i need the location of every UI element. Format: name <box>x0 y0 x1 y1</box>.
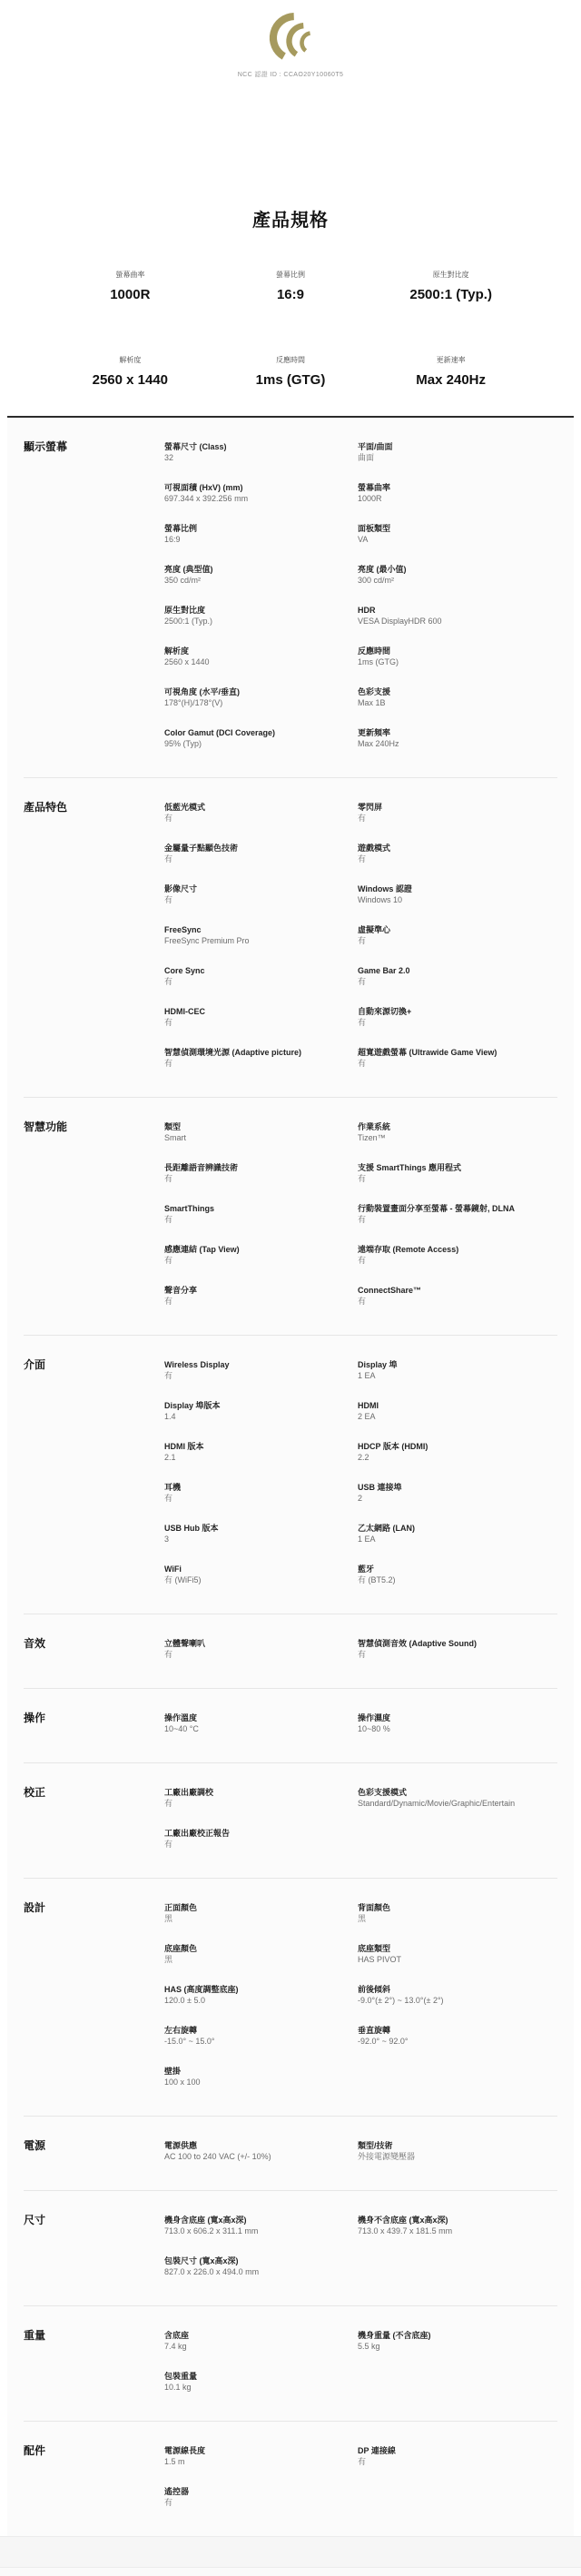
highlight-value: 2500:1 (Typ.) <box>370 287 531 302</box>
spec-value: 2 <box>358 1493 550 1504</box>
spec-value: 10~80 % <box>358 1723 550 1734</box>
spec-value: 1.4 <box>164 1411 350 1422</box>
spec-value: 178°(H)/178°(V) <box>164 697 350 708</box>
spec-label: 螢幕曲率 <box>358 482 550 493</box>
spec-cell: ConnectShare™有 <box>358 1285 557 1307</box>
spec-cell: 含底座7.4 kg <box>164 2330 358 2352</box>
spec-label: SmartThings <box>164 1203 350 1214</box>
spec-cell: SmartThings有 <box>164 1203 358 1225</box>
spec-value: VA <box>358 534 550 545</box>
spec-value: 1ms (GTG) <box>358 656 550 667</box>
spec-cell: 超寬遊戲螢幕 (Ultrawide Game View)有 <box>358 1047 557 1069</box>
highlight-item: 螢幕曲率1000R <box>50 270 211 302</box>
spec-value: Smart <box>164 1132 350 1143</box>
spec-cell: 亮度 (典型值)350 cd/m² <box>164 564 358 586</box>
spec-cell: DP 連接線有 <box>358 2445 557 2467</box>
spec-section-smart: 智慧功能類型Smart作業系統Tizen™長距離語音辨識技術有支援 SmartT… <box>7 1098 574 1335</box>
spec-cell: 正面顏色黑 <box>164 1902 358 1924</box>
spec-value: 有 <box>164 1839 350 1850</box>
spec-value: 2500:1 (Typ.) <box>164 616 350 627</box>
spec-value: 有 (WiFi5) <box>164 1574 350 1585</box>
spec-label: HDMI-CEC <box>164 1006 350 1017</box>
spec-label: 立體聲喇叭 <box>164 1638 350 1649</box>
spec-cell: 螢幕尺寸 (Class)32 <box>164 441 358 463</box>
spec-label: 工廠出廠校正報告 <box>164 1828 350 1839</box>
spec-label: 遊戲模式 <box>358 843 550 854</box>
spec-cell: 左右旋轉-15.0° ~ 15.0° <box>164 2025 358 2047</box>
spec-label: 色彩支援模式 <box>358 1787 550 1798</box>
spec-row: 解析度2560 x 1440反應時間1ms (GTG) <box>164 646 557 667</box>
spec-cell: 藍牙有 (BT5.2) <box>358 1564 557 1585</box>
spec-label: 螢幕比例 <box>164 523 350 534</box>
spec-value: 7.4 kg <box>164 2341 350 2352</box>
highlight-value: Max 240Hz <box>370 372 531 388</box>
spec-section-features: 產品特色低藍光模式有零閃屏有金屬量子點顯色技術有遊戲模式有影像尺寸有Window… <box>7 778 574 1097</box>
section-title: 尺寸 <box>24 2215 164 2296</box>
spec-cell: 機身重量 (不含底座)5.5 kg <box>358 2330 557 2352</box>
page-title: 產品規格 <box>0 205 581 232</box>
spec-value: 有 <box>164 1493 350 1504</box>
spec-label: 包裝重量 <box>164 2371 350 2382</box>
section-title: 電源 <box>24 2140 164 2181</box>
spec-row: 操作溫度10~40 °C操作濕度10~80 % <box>164 1712 557 1734</box>
spec-value: 有 <box>164 1173 350 1184</box>
spec-row: 螢幕尺寸 (Class)32平面/曲面曲面 <box>164 441 557 463</box>
spec-cell: 低藍光模式有 <box>164 802 358 824</box>
spec-value: 黑 <box>164 1954 350 1965</box>
spec-row: 正面顏色黑背面顏色黑 <box>164 1902 557 1924</box>
spec-label: 超寬遊戲螢幕 (Ultrawide Game View) <box>358 1047 550 1058</box>
section-rows: 操作溫度10~40 °C操作濕度10~80 % <box>164 1712 557 1753</box>
spec-label: Display 埠 <box>358 1359 550 1370</box>
spec-label: 原生對比度 <box>164 605 350 616</box>
spec-cell: 垂直旋轉-92.0° ~ 92.0° <box>358 2025 557 2047</box>
spec-highlights: 螢幕曲率1000R螢幕比例16:9原生對比度2500:1 (Typ.) 解析度2… <box>50 270 531 388</box>
spec-label: HDMI 版本 <box>164 1441 350 1452</box>
spec-row: 亮度 (典型值)350 cd/m²亮度 (最小值)300 cd/m² <box>164 564 557 586</box>
spec-cell: 乙太網路 (LAN)1 EA <box>358 1523 557 1545</box>
spec-cell: 類型Smart <box>164 1121 358 1143</box>
highlight-label: 原生對比度 <box>370 270 531 280</box>
spec-cell: 工廠出廠調校有 <box>164 1787 358 1809</box>
spec-row: 左右旋轉-15.0° ~ 15.0°垂直旋轉-92.0° ~ 92.0° <box>164 2025 557 2047</box>
spec-label: HAS (高度調整底座) <box>164 1984 350 1995</box>
spec-value: 有 (BT5.2) <box>358 1574 550 1585</box>
section-rows: 正面顏色黑背面顏色黑底座顏色黑底座類型HAS PIVOTHAS (高度調整底座)… <box>164 1902 557 2107</box>
spec-cell: 遙控器有 <box>164 2486 358 2508</box>
highlight-item: 螢幕比例16:9 <box>211 270 371 302</box>
section-title: 操作 <box>24 1712 164 1753</box>
spec-value: 10~40 °C <box>164 1723 350 1734</box>
section-rows: 電源供應AC 100 to 240 VAC (+/- 10%)類型/技術外接電源… <box>164 2140 557 2181</box>
spec-label: 背面顏色 <box>358 1902 550 1913</box>
spec-cell: 智慧偵測環境光源 (Adaptive picture)有 <box>164 1047 358 1069</box>
spec-cell: 操作溫度10~40 °C <box>164 1712 358 1734</box>
logo-container <box>0 0 581 65</box>
spec-value: 有 <box>164 1649 350 1660</box>
spec-cell: 工廠出廠校正報告有 <box>164 1828 358 1850</box>
spec-label: 含底座 <box>164 2330 350 2341</box>
spec-cell: 影像尺寸有 <box>164 883 358 905</box>
spec-value: 95% (Typ) <box>164 738 350 749</box>
spec-cell: 前後傾斜-9.0°(± 2°) ~ 13.0°(± 2°) <box>358 1984 557 2006</box>
spec-cell: USB Hub 版本3 <box>164 1523 358 1545</box>
spec-cell: 長距離語音辨識技術有 <box>164 1162 358 1184</box>
spec-row: 工廠出廠校正報告有 <box>164 1828 557 1850</box>
section-rows: 類型Smart作業系統Tizen™長距離語音辨識技術有支援 SmartThing… <box>164 1121 557 1326</box>
spec-value: FreeSync Premium Pro <box>164 935 350 946</box>
spec-value: 外接電源變壓器 <box>358 2151 550 2162</box>
spec-section-weight: 重量含底座7.4 kg機身重量 (不含底座)5.5 kg包裝重量10.1 kg <box>7 2306 574 2421</box>
spec-value: 有 <box>358 935 550 946</box>
section-rows: 電源線長度1.5 mDP 連接線有遙控器有 <box>164 2445 557 2527</box>
spec-label: 左右旋轉 <box>164 2025 350 2036</box>
spec-table: 顯示螢幕螢幕尺寸 (Class)32平面/曲面曲面可視面積 (HxV) (mm)… <box>7 416 574 2536</box>
section-rows: 機身含底座 (寬x高x深)713.0 x 606.2 x 311.1 mm機身不… <box>164 2215 557 2296</box>
spec-value: 350 cd/m² <box>164 575 350 586</box>
spec-cell: HDCP 版本 (HDMI)2.2 <box>358 1441 557 1463</box>
spec-label: 色彩支援 <box>358 686 550 697</box>
spec-value: 有 <box>358 1255 550 1266</box>
spec-value: Standard/Dynamic/Movie/Graphic/Entertain <box>358 1798 550 1809</box>
spec-row: HDMI 版本2.1HDCP 版本 (HDMI)2.2 <box>164 1441 557 1463</box>
highlight-row-1: 螢幕曲率1000R螢幕比例16:9原生對比度2500:1 (Typ.) <box>50 270 531 302</box>
spec-label: Color Gamut (DCI Coverage) <box>164 727 350 738</box>
spec-row: 包裝重量10.1 kg <box>164 2371 557 2393</box>
spec-value: Max 240Hz <box>358 738 550 749</box>
section-rows: 含底座7.4 kg機身重量 (不含底座)5.5 kg包裝重量10.1 kg <box>164 2330 557 2412</box>
spec-cell: 螢幕比例16:9 <box>164 523 358 545</box>
spec-row: 耳機有USB 連接埠2 <box>164 1482 557 1504</box>
spec-label: 自動來源切換+ <box>358 1006 550 1017</box>
spec-cell: 機身不含底座 (寬x高x深)713.0 x 439.7 x 181.5 mm <box>358 2215 557 2236</box>
spec-label: 電源線長度 <box>164 2445 350 2456</box>
spec-cell: 電源供應AC 100 to 240 VAC (+/- 10%) <box>164 2140 358 2162</box>
spec-value: AC 100 to 240 VAC (+/- 10%) <box>164 2151 350 2162</box>
spec-value: 有 <box>358 813 550 824</box>
spec-cell: 解析度2560 x 1440 <box>164 646 358 667</box>
section-rows: 螢幕尺寸 (Class)32平面/曲面曲面可視面積 (HxV) (mm)697.… <box>164 441 557 768</box>
spec-cell: 包裝尺寸 (寬x高x深)827.0 x 226.0 x 494.0 mm <box>164 2255 358 2277</box>
spec-value: 300 cd/m² <box>358 575 550 586</box>
spec-cell: 虛擬準心有 <box>358 924 557 946</box>
section-title: 介面 <box>24 1359 164 1604</box>
spec-value: 有 <box>164 894 350 905</box>
spec-label: USB Hub 版本 <box>164 1523 350 1534</box>
spec-value: 有 <box>164 1058 350 1069</box>
spec-row: Color Gamut (DCI Coverage)95% (Typ)更新頻率M… <box>164 727 557 749</box>
spec-label: 反應時間 <box>358 646 550 656</box>
spec-label: Display 埠版本 <box>164 1400 350 1411</box>
spec-cell: HDMI 版本2.1 <box>164 1441 358 1463</box>
spec-label: 螢幕尺寸 (Class) <box>164 441 350 452</box>
highlight-label: 更新速率 <box>370 355 531 365</box>
spec-label: 遙控器 <box>164 2486 350 2497</box>
spec-cell: 原生對比度2500:1 (Typ.) <box>164 605 358 627</box>
highlight-label: 螢幕曲率 <box>50 270 211 280</box>
highlight-row-2: 解析度2560 x 1440反應時間1ms (GTG)更新速率Max 240Hz <box>50 355 531 388</box>
spec-cell: 操作濕度10~80 % <box>358 1712 557 1734</box>
spec-section-dimension: 尺寸機身含底座 (寬x高x深)713.0 x 606.2 x 311.1 mm機… <box>7 2191 574 2305</box>
spec-row: 電源線長度1.5 mDP 連接線有 <box>164 2445 557 2467</box>
spec-cell: 壁掛100 x 100 <box>164 2066 358 2087</box>
spec-cell: 螢幕曲率1000R <box>358 482 557 504</box>
spec-label: HDMI <box>358 1400 550 1411</box>
spec-row: Display 埠版本1.4HDMI2 EA <box>164 1400 557 1422</box>
spec-label: FreeSync <box>164 924 350 935</box>
highlight-value: 16:9 <box>211 287 371 302</box>
spec-label: 感應連結 (Tap View) <box>164 1244 350 1255</box>
section-rows: Wireless Display有Display 埠1 EADisplay 埠版… <box>164 1359 557 1604</box>
spec-row: 原生對比度2500:1 (Typ.)HDRVESA DisplayHDR 600 <box>164 605 557 627</box>
spec-cell: 作業系統Tizen™ <box>358 1121 557 1143</box>
spec-cell: 面板類型VA <box>358 523 557 545</box>
spec-label: 智慧偵測環境光源 (Adaptive picture) <box>164 1047 350 1058</box>
spec-label: 作業系統 <box>358 1121 550 1132</box>
spec-value: -15.0° ~ 15.0° <box>164 2036 350 2047</box>
spec-value: 有 <box>164 1370 350 1381</box>
spec-row: 影像尺寸有Windows 認證Windows 10 <box>164 883 557 905</box>
section-rows: 工廠出廠調校有色彩支援模式Standard/Dynamic/Movie/Grap… <box>164 1787 557 1869</box>
spec-label: 面板類型 <box>358 523 550 534</box>
spec-label: 解析度 <box>164 646 350 656</box>
spec-label: Wireless Display <box>164 1359 350 1370</box>
section-title: 設計 <box>24 1902 164 2107</box>
spec-row: 類型Smart作業系統Tizen™ <box>164 1121 557 1143</box>
spec-row: 包裝尺寸 (寬x高x深)827.0 x 226.0 x 494.0 mm <box>164 2255 557 2277</box>
spec-value: 1 EA <box>358 1370 550 1381</box>
spec-cell: 智慧偵測音效 (Adaptive Sound)有 <box>358 1638 557 1660</box>
spec-value: 5.5 kg <box>358 2341 550 2352</box>
spec-row: HAS (高度調整底座)120.0 ± 5.0前後傾斜-9.0°(± 2°) ~… <box>164 1984 557 2006</box>
section-title: 重量 <box>24 2330 164 2412</box>
spec-row: HDMI-CEC有自動來源切換+有 <box>164 1006 557 1028</box>
spec-value: 1 EA <box>358 1534 550 1545</box>
spec-value: 713.0 x 606.2 x 311.1 mm <box>164 2226 350 2236</box>
spec-label: 亮度 (最小值) <box>358 564 550 575</box>
spec-cell: Core Sync有 <box>164 965 358 987</box>
spec-cell: 遠端存取 (Remote Access)有 <box>358 1244 557 1266</box>
spec-row: WiFi有 (WiFi5)藍牙有 (BT5.2) <box>164 1564 557 1585</box>
spec-cell: WiFi有 (WiFi5) <box>164 1564 358 1585</box>
spec-value: 713.0 x 439.7 x 181.5 mm <box>358 2226 550 2236</box>
spec-value: 1000R <box>358 493 550 504</box>
spec-value: -9.0°(± 2°) ~ 13.0°(± 2°) <box>358 1995 550 2006</box>
spec-cell: Wireless Display有 <box>164 1359 358 1381</box>
spec-value: 有 <box>358 976 550 987</box>
spec-label: 機身含底座 (寬x高x深) <box>164 2215 350 2226</box>
spec-section-power: 電源電源供應AC 100 to 240 VAC (+/- 10%)類型/技術外接… <box>7 2117 574 2190</box>
spec-row: 底座顏色黑底座類型HAS PIVOT <box>164 1943 557 1965</box>
highlight-value: 1000R <box>50 287 211 302</box>
spec-label: 低藍光模式 <box>164 802 350 813</box>
spec-row: 機身含底座 (寬x高x深)713.0 x 606.2 x 311.1 mm機身不… <box>164 2215 557 2236</box>
spec-value: 曲面 <box>358 452 550 463</box>
spec-row: Wireless Display有Display 埠1 EA <box>164 1359 557 1381</box>
spec-value: 有 <box>358 1649 550 1660</box>
spec-label: HDCP 版本 (HDMI) <box>358 1441 550 1452</box>
spec-cell: 亮度 (最小值)300 cd/m² <box>358 564 557 586</box>
spec-label: 正面顏色 <box>164 1902 350 1913</box>
spec-value: 有 <box>164 2497 350 2508</box>
spec-cell: 聲音分享有 <box>164 1285 358 1307</box>
spec-value: 100 x 100 <box>164 2077 350 2087</box>
ncc-certification-id: NCC 認證 ID : CCAO20Y10060T5 <box>0 70 581 79</box>
spec-value: Windows 10 <box>358 894 550 905</box>
spec-row: FreeSyncFreeSync Premium Pro虛擬準心有 <box>164 924 557 946</box>
highlight-item: 原生對比度2500:1 (Typ.) <box>370 270 531 302</box>
highlight-label: 解析度 <box>50 355 211 365</box>
spec-cell: Game Bar 2.0有 <box>358 965 557 987</box>
spec-label: 亮度 (典型值) <box>164 564 350 575</box>
spec-row: 可視角度 (水平/垂直)178°(H)/178°(V)色彩支援Max 1B <box>164 686 557 708</box>
spec-section-interface: 介面Wireless Display有Display 埠1 EADisplay … <box>7 1336 574 1614</box>
spec-label: Core Sync <box>164 965 350 976</box>
spec-label: 工廠出廠調校 <box>164 1787 350 1798</box>
spec-cell: 支援 SmartThings 應用程式有 <box>358 1162 557 1184</box>
spec-cell: 色彩支援模式Standard/Dynamic/Movie/Graphic/Ent… <box>358 1787 557 1809</box>
spec-label: 耳機 <box>164 1482 350 1493</box>
spec-cell: 更新頻率Max 240Hz <box>358 727 557 749</box>
spec-cell: 機身含底座 (寬x高x深)713.0 x 606.2 x 311.1 mm <box>164 2215 358 2236</box>
spec-label: 操作濕度 <box>358 1712 550 1723</box>
spec-value: 有 <box>164 976 350 987</box>
spec-label: 可視面積 (HxV) (mm) <box>164 482 350 493</box>
highlight-item: 解析度2560 x 1440 <box>50 355 211 388</box>
section-rows: 立體聲喇叭有智慧偵測音效 (Adaptive Sound)有 <box>164 1638 557 1679</box>
spec-cell: Display 埠版本1.4 <box>164 1400 358 1422</box>
spec-cell: USB 連接埠2 <box>358 1482 557 1504</box>
spec-label: 機身不含底座 (寬x高x深) <box>358 2215 550 2226</box>
spec-cell: HDMI-CEC有 <box>164 1006 358 1028</box>
spec-row: 低藍光模式有零閃屏有 <box>164 802 557 824</box>
section-title: 智慧功能 <box>24 1121 164 1326</box>
spec-cell: 行動裝置畫面分享至螢幕 - 螢幕鏡射, DLNA有 <box>358 1203 557 1225</box>
spec-row: 壁掛100 x 100 <box>164 2066 557 2087</box>
spec-label: 前後傾斜 <box>358 1984 550 1995</box>
spec-cell: 色彩支援Max 1B <box>358 686 557 708</box>
spec-row: 聲音分享有ConnectShare™有 <box>164 1285 557 1307</box>
spec-label: 聲音分享 <box>164 1285 350 1296</box>
spec-cell: 平面/曲面曲面 <box>358 441 557 463</box>
spec-label: 平面/曲面 <box>358 441 550 452</box>
spec-value: 697.344 x 392.256 mm <box>164 493 350 504</box>
spec-label: 零閃屏 <box>358 802 550 813</box>
spec-label: 電源供應 <box>164 2140 350 2151</box>
spec-value: 16:9 <box>164 534 350 545</box>
spec-value: 黑 <box>164 1913 350 1924</box>
spec-label: 更新頻率 <box>358 727 550 738</box>
highlight-label: 螢幕比例 <box>211 270 371 280</box>
spec-value: Max 1B <box>358 697 550 708</box>
spec-cell: 金屬量子點顯色技術有 <box>164 843 358 864</box>
spec-cell: 可視角度 (水平/垂直)178°(H)/178°(V) <box>164 686 358 708</box>
spec-value: 10.1 kg <box>164 2382 350 2393</box>
spec-cell: 自動來源切換+有 <box>358 1006 557 1028</box>
spec-cell: 遊戲模式有 <box>358 843 557 864</box>
spec-value: 有 <box>358 1058 550 1069</box>
spec-row: 遙控器有 <box>164 2486 557 2508</box>
spec-section-audio: 音效立體聲喇叭有智慧偵測音效 (Adaptive Sound)有 <box>7 1614 574 1688</box>
spec-row: USB Hub 版本3乙太網路 (LAN)1 EA <box>164 1523 557 1545</box>
spec-row: SmartThings有行動裝置畫面分享至螢幕 - 螢幕鏡射, DLNA有 <box>164 1203 557 1225</box>
spec-label: 可視角度 (水平/垂直) <box>164 686 350 697</box>
spec-value: 2 EA <box>358 1411 550 1422</box>
spec-value: 32 <box>164 452 350 463</box>
spec-label: 遠端存取 (Remote Access) <box>358 1244 550 1255</box>
spec-row: 工廠出廠調校有色彩支援模式Standard/Dynamic/Movie/Grap… <box>164 1787 557 1809</box>
spec-value: 有 <box>164 1798 350 1809</box>
highlight-item: 反應時間1ms (GTG) <box>211 355 371 388</box>
spec-label: ConnectShare™ <box>358 1285 550 1296</box>
spec-label: DP 連接線 <box>358 2445 550 2456</box>
spec-cell: Display 埠1 EA <box>358 1359 557 1381</box>
spec-value: Tizen™ <box>358 1132 550 1143</box>
spec-cell: 立體聲喇叭有 <box>164 1638 358 1660</box>
spec-cell: HDMI2 EA <box>358 1400 557 1422</box>
spec-label: 虛擬準心 <box>358 924 550 935</box>
spec-value: VESA DisplayHDR 600 <box>358 616 550 627</box>
spec-cell: 感應連結 (Tap View)有 <box>164 1244 358 1266</box>
spec-section-accessory: 配件電源線長度1.5 mDP 連接線有遙控器有 <box>7 2422 574 2536</box>
spec-row: 立體聲喇叭有智慧偵測音效 (Adaptive Sound)有 <box>164 1638 557 1660</box>
spec-cell: 可視面積 (HxV) (mm)697.344 x 392.256 mm <box>164 482 358 504</box>
spec-cell: 類型/技術外接電源變壓器 <box>358 2140 557 2162</box>
footer-sub-band <box>0 2567 581 2576</box>
spec-label: Windows 認證 <box>358 883 550 894</box>
spec-label: 類型/技術 <box>358 2140 550 2151</box>
ncc-logo-icon <box>264 13 317 61</box>
page-footer <box>0 2536 581 2576</box>
spec-label: 類型 <box>164 1121 350 1132</box>
spec-value: 120.0 ± 5.0 <box>164 1995 350 2006</box>
spec-section-operation: 操作操作溫度10~40 °C操作濕度10~80 % <box>7 1689 574 1762</box>
spec-row: 金屬量子點顯色技術有遊戲模式有 <box>164 843 557 864</box>
spec-value: 有 <box>358 1296 550 1307</box>
spec-label: HDR <box>358 605 550 616</box>
spec-cell: 背面顏色黑 <box>358 1902 557 1924</box>
spec-value: 1.5 m <box>164 2456 350 2467</box>
spec-value: 3 <box>164 1534 350 1545</box>
spec-cell: 底座顏色黑 <box>164 1943 358 1965</box>
spec-value: 827.0 x 226.0 x 494.0 mm <box>164 2266 350 2277</box>
spec-value: HAS PIVOT <box>358 1954 550 1965</box>
spec-cell: 包裝重量10.1 kg <box>164 2371 358 2393</box>
spec-cell: 反應時間1ms (GTG) <box>358 646 557 667</box>
spec-cell: Color Gamut (DCI Coverage)95% (Typ) <box>164 727 358 749</box>
highlight-item: 更新速率Max 240Hz <box>370 355 531 388</box>
spec-row: 感應連結 (Tap View)有遠端存取 (Remote Access)有 <box>164 1244 557 1266</box>
section-title: 顯示螢幕 <box>24 441 164 768</box>
highlight-label: 反應時間 <box>211 355 371 365</box>
spec-value: 有 <box>358 1214 550 1225</box>
spec-value: 2.1 <box>164 1452 350 1463</box>
spec-value: 有 <box>164 1255 350 1266</box>
highlight-value: 2560 x 1440 <box>50 372 211 388</box>
spec-label: 藍牙 <box>358 1564 550 1574</box>
spec-label: 影像尺寸 <box>164 883 350 894</box>
spec-value: 黑 <box>358 1913 550 1924</box>
spec-cell: HDRVESA DisplayHDR 600 <box>358 605 557 627</box>
spec-value: -92.0° ~ 92.0° <box>358 2036 550 2047</box>
spec-label: 支援 SmartThings 應用程式 <box>358 1162 550 1173</box>
section-title: 校正 <box>24 1787 164 1869</box>
spec-label: 乙太網路 (LAN) <box>358 1523 550 1534</box>
spec-value: 有 <box>164 813 350 824</box>
spec-row: 螢幕比例16:9面板類型VA <box>164 523 557 545</box>
section-rows: 低藍光模式有零閃屏有金屬量子點顯色技術有遊戲模式有影像尺寸有Windows 認證… <box>164 802 557 1088</box>
spec-section-design: 設計正面顏色黑背面顏色黑底座顏色黑底座類型HAS PIVOTHAS (高度調整底… <box>7 1879 574 2116</box>
